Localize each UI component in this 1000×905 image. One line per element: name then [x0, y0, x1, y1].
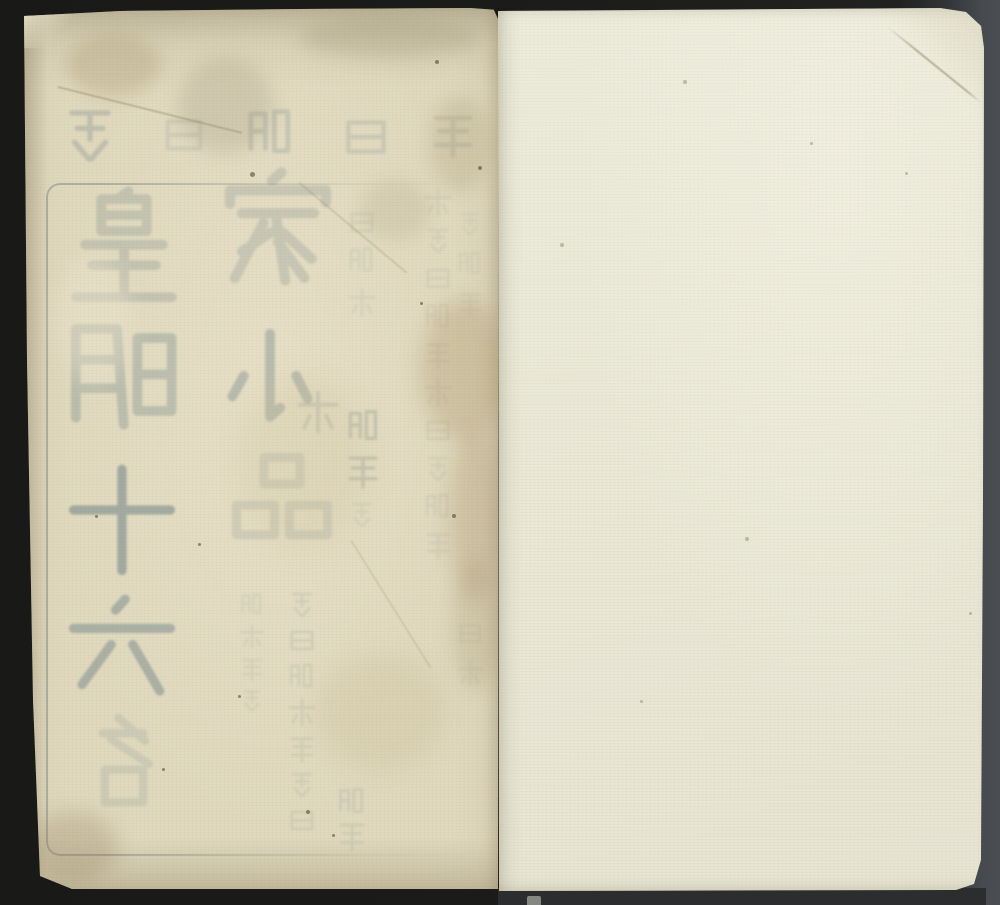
stain	[360, 180, 430, 240]
speck	[969, 612, 972, 615]
stain	[316, 654, 446, 769]
stain	[420, 300, 510, 440]
speck	[683, 80, 687, 84]
speck	[478, 166, 482, 170]
speck	[250, 172, 255, 177]
speck	[810, 142, 813, 145]
stain	[430, 96, 490, 191]
book-photo-canvas	[0, 0, 1000, 905]
speck	[332, 834, 335, 837]
stain	[56, 255, 131, 385]
speck	[238, 695, 241, 698]
ghost-glyph-illegible	[348, 122, 383, 151]
left-page	[24, 8, 498, 890]
stain	[238, 376, 368, 546]
speck	[162, 768, 165, 771]
right-page	[498, 8, 984, 891]
speck	[452, 514, 456, 518]
stain	[452, 560, 500, 690]
stain	[178, 58, 273, 153]
speck	[560, 243, 564, 247]
corner-fold-crease	[887, 26, 982, 103]
speck	[95, 515, 98, 518]
stain	[28, 812, 118, 882]
speck	[198, 543, 201, 546]
speck	[745, 537, 749, 541]
stain	[300, 18, 480, 58]
speck	[420, 302, 423, 305]
stain	[66, 34, 161, 96]
spine-tab	[527, 896, 541, 905]
speck	[435, 60, 439, 64]
speck	[640, 700, 643, 703]
ghost-glyph-illegible	[72, 113, 108, 159]
speck	[905, 172, 908, 175]
corner-fold-highlight	[882, 8, 984, 110]
speck	[306, 810, 310, 814]
